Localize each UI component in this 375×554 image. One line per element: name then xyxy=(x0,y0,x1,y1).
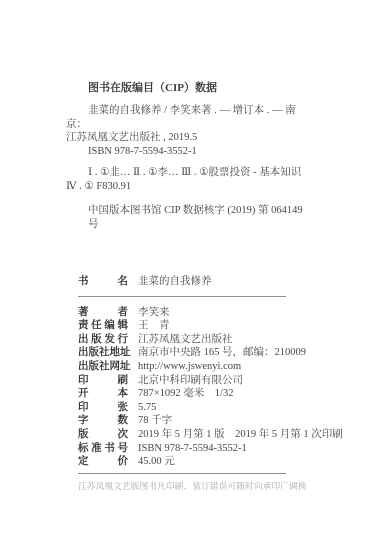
info-row-label: 出版发行 xyxy=(78,333,128,347)
info-row-label: 版次 xyxy=(78,428,128,442)
info-row-value: http://www.jswenyi.com xyxy=(138,360,241,374)
info-row-price: 定价 45.00 元 xyxy=(78,455,286,469)
info-row-value: 王 青 xyxy=(138,319,170,333)
info-row-value: 南京市中央路 165 号，邮编：210009 xyxy=(138,346,306,360)
info-row-label: 印刷 xyxy=(78,374,128,388)
info-row-isbn: 标准书号 ISBN 978-7-5594-3552-1 xyxy=(78,442,286,456)
cip-block: 图书在版编目（CIP）数据 韭菜的自我修养 / 李笑来著 . — 增订本 . —… xyxy=(66,81,312,231)
copyright-page: 图书在版编目（CIP）数据 韭菜的自我修养 / 李笑来著 . — 增订本 . —… xyxy=(0,0,375,554)
info-row-value: 5.75 xyxy=(138,401,156,415)
info-row-label: 印张 xyxy=(78,401,128,415)
cip-classification: Ⅰ . ①韭… Ⅱ . ①李… Ⅲ . ①股票投资 - 基本知识 Ⅳ . ① F… xyxy=(66,166,312,193)
info-row-label: 开本 xyxy=(78,387,128,401)
info-row-label: 标准书号 xyxy=(78,442,128,456)
info-row-label: 定价 xyxy=(78,455,128,469)
info-row-edition: 版次 2019 年 5 月第 1 版 2019 年 5 月第 1 次印刷 xyxy=(78,428,286,442)
cip-description: 韭菜的自我修养 / 李笑来著 . — 增订本 . — 南京： 江苏凤凰文艺出版社… xyxy=(66,104,312,158)
info-row-sheets: 印张 5.75 xyxy=(78,401,286,415)
info-row-label: 著者 xyxy=(78,306,128,320)
info-row-value: 787×1092 毫米 1/32 xyxy=(138,387,233,401)
info-row-label: 书名 xyxy=(78,275,128,289)
info-row-publisher-address: 出版社地址 南京市中央路 165 号，邮编：210009 xyxy=(78,346,286,360)
info-row-printer: 印刷 北京中科印刷有限公司 xyxy=(78,374,286,388)
cip-isbn-line: ISBN 978-7-5594-3552-1 xyxy=(66,145,312,159)
info-row-editor: 责任编辑 王 青 xyxy=(78,319,286,333)
cip-description-line: 江苏凤凰文艺出版社 , 2019.5 xyxy=(66,131,312,145)
cip-classification-line: Ⅰ . ①韭… Ⅱ . ①李… Ⅲ . ①股票投资 - 基本知识 xyxy=(66,166,312,180)
info-row-format: 开本 787×1092 毫米 1/32 xyxy=(78,387,286,401)
info-row-value: 李笑来 xyxy=(138,306,170,320)
info-row-label: 责任编辑 xyxy=(78,319,128,333)
cip-description-line: 韭菜的自我修养 / 李笑来著 . — 增订本 . — 南京： xyxy=(66,104,312,131)
info-row-author: 著者 李笑来 xyxy=(78,306,286,320)
book-info-table: 书名 韭菜的自我修养 著者 李笑来 责任编辑 王 青 出版发行 江苏凤凰文艺出版… xyxy=(78,275,286,492)
divider-line xyxy=(78,296,286,297)
cip-classification-line: Ⅳ . ① F830.91 xyxy=(66,180,312,194)
info-row-label: 出版社地址 xyxy=(78,346,128,360)
info-row-value: ISBN 978-7-5594-3552-1 xyxy=(138,442,247,456)
info-row-value: 45.00 元 xyxy=(138,455,175,469)
info-row-value: 78 千字 xyxy=(138,414,172,428)
misprint-exchange-note: 江苏凤凰文艺版图书凡印刷、装订错误可随时向承印厂调换 xyxy=(78,480,286,492)
page-content: 图书在版编目（CIP）数据 韭菜的自我修养 / 李笑来著 . — 增订本 . —… xyxy=(66,81,312,492)
cip-record-number: 中国版本图书馆 CIP 数据核字 (2019) 第 064149 号 xyxy=(88,204,312,231)
info-row-value: 2019 年 5 月第 1 版 2019 年 5 月第 1 次印刷 xyxy=(138,428,343,442)
info-row-publisher-website: 出版社网址 http://www.jswenyi.com xyxy=(78,360,286,374)
info-row-label: 出版社网址 xyxy=(78,360,128,374)
info-row-value: 江苏凤凰文艺出版社 xyxy=(138,333,233,347)
info-row-title: 书名 韭菜的自我修养 xyxy=(78,275,286,289)
info-row-word-count: 字数 78 千字 xyxy=(78,414,286,428)
divider-line xyxy=(78,473,286,474)
info-row-label: 字数 xyxy=(78,414,128,428)
info-row-value: 北京中科印刷有限公司 xyxy=(138,374,243,388)
info-rows: 著者 李笑来 责任编辑 王 青 出版发行 江苏凤凰文艺出版社 出版社地址 南京市… xyxy=(78,306,286,469)
info-row-value: 韭菜的自我修养 xyxy=(138,275,212,289)
info-row-publisher: 出版发行 江苏凤凰文艺出版社 xyxy=(78,333,286,347)
cip-header: 图书在版编目（CIP）数据 xyxy=(88,81,312,95)
